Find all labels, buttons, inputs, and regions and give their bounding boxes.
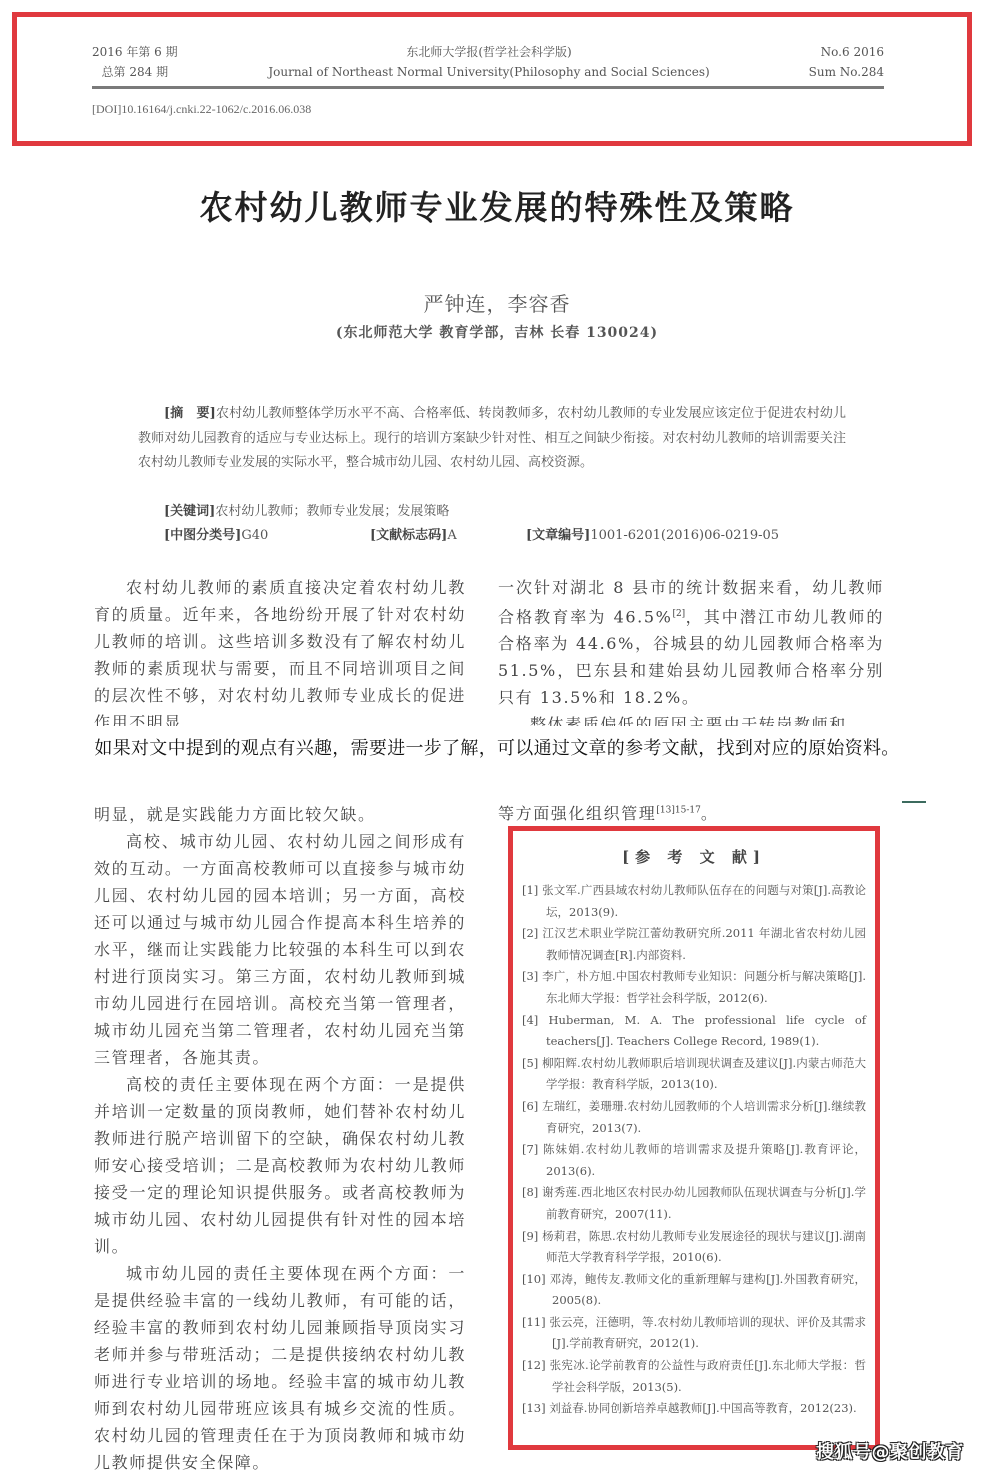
body-paragraph: 一次针对湖北 8 县市的统计数据来看，幼儿教师合格教育率为 46.5%[2]，其… — [498, 574, 884, 711]
clc-label: [中图分类号] — [164, 528, 241, 543]
journal-issue-en: No.6 2016 Sum No.284 — [790, 42, 884, 82]
decorative-dash — [902, 801, 926, 803]
reference-item: [11] 张云亮，汪德明，等.农村幼儿教师培训的现状、评价及其需求[J].学前教… — [522, 1312, 866, 1355]
body-left-column-top: 农村幼儿教师的素质直接决定着农村幼儿教育的质量。近年来，各地纷纷开展了针对农村幼… — [94, 574, 466, 726]
article-no-item: [文章编号]1001-6201(2016)06-0219-05 — [526, 524, 779, 543]
clc-value: G40 — [241, 528, 268, 543]
reference-item: [1] 张文军.广西县域农村幼儿教师队伍存在的问题与对策[J].高教论坛，201… — [522, 880, 866, 923]
total-issue-en: Sum No.284 — [790, 62, 884, 82]
clc-item: [中图分类号]G40 — [164, 524, 268, 543]
journal-name-en: Journal of Northeast Normal University(P… — [250, 62, 728, 82]
journal-issue-cn: 2016 年第 6 期 总第 284 期 — [92, 42, 178, 82]
reference-item: [12] 张宪冰.论学前教育的公益性与政府责任[J].东北师大学报：哲学社会科学… — [522, 1355, 866, 1398]
doc-code-label: [文献标志码] — [370, 528, 447, 543]
body-left-column-bottom: 明显，就是实践能力方面比较欠缺。 高校、城市幼儿园、农村幼儿园之间形成有效的互动… — [94, 801, 466, 1473]
citation: [2] — [672, 609, 685, 619]
keywords-line: [关键词]农村幼儿教师；教师专业发展；发展策略 — [164, 500, 449, 519]
abstract: [摘 要]农村幼儿教师整体学历水平不高、合格率低、转岗教师多，农村幼儿教师的专业… — [138, 402, 846, 476]
reference-item: [5] 柳阳辉.农村幼儿教师职后培训现状调查及建议[J].内蒙古师范大学学报：教… — [522, 1053, 866, 1096]
reference-item: [3] 李广，朴方旭.中国农村教师专业知识：问题分析与解决策略[J].东北师大学… — [522, 966, 866, 1009]
reference-item: [7] 陈妹娟.农村幼儿教师的培训需求及提升策略[J].教育评论，2013(6)… — [522, 1139, 866, 1182]
body-paragraph: 高校的责任主要体现在两个方面：一是提供并培训一定数量的顶岗教师，她们替补农村幼儿… — [94, 1071, 466, 1260]
body-paragraph: 城市幼儿园的责任主要体现在两个方面：一是提供经验丰富的一线幼儿教师，有可能的话，… — [94, 1260, 466, 1473]
header-rule — [92, 86, 884, 89]
body-right-line: 等方面强化组织管理[13]15-17。 — [498, 801, 718, 824]
abstract-text: 农村幼儿教师整体学历水平不高、合格率低、转岗教师多，农村幼儿教师的专业发展应该定… — [138, 406, 846, 470]
article-authors: 严钟连，李容香 — [0, 288, 994, 317]
keywords-label: [关键词] — [164, 504, 215, 519]
journal-name: 东北师大学报(哲学社会科学版) Journal of Northeast Nor… — [250, 42, 728, 82]
issue-en: No.6 2016 — [790, 42, 884, 62]
body-right-column-top: 一次针对湖北 8 县市的统计数据来看，幼儿教师合格教育率为 46.5%[2]，其… — [498, 574, 884, 726]
article-no-value: 1001-6201(2016)06-0219-05 — [590, 528, 779, 543]
citation: [13]15-17 — [656, 806, 700, 816]
reference-item: [2] 江汉艺术职业学院江蕾幼教研究所.2011 年湖北省农村幼儿园教师情况调查… — [522, 923, 866, 966]
reference-item: [8] 谢秀莲.西北地区农村民办幼儿园教师队伍现状调查与分析[J].学前教育研究… — [522, 1182, 866, 1225]
keywords: 农村幼儿教师；教师专业发展；发展策略 — [215, 504, 449, 519]
references-title: [参 考 文 献] — [508, 846, 880, 867]
reference-item: [4] Huberman, M. A. The professional lif… — [522, 1010, 866, 1053]
journal-name-cn: 东北师大学报(哲学社会科学版) — [250, 42, 728, 62]
body-paragraph: 高校、城市幼儿园、农村幼儿园之间形成有效的互动。一方面高校教师可以直接参与城市幼… — [94, 828, 466, 1071]
reference-item: [6] 左瑞红，姜珊珊.农村幼儿园教师的个人培训需求分析[J].继续教育研究，2… — [522, 1096, 866, 1139]
doi: [DOI]10.16164/j.cnki.22-1062/c.2016.06.0… — [92, 102, 311, 117]
watermark: 搜狐号@聚创教育 — [816, 1438, 964, 1464]
article-affiliation: (东北师范大学 教育学部，吉林 长春 130024) — [0, 322, 994, 342]
issue-cn: 2016 年第 6 期 — [92, 42, 178, 62]
article-title: 农村幼儿教师专业发展的特殊性及策略 — [0, 182, 994, 229]
doc-code-item: [文献标志码]A — [370, 524, 457, 543]
body-paragraph: 农村幼儿教师的素质直接决定着农村幼儿教育的质量。近年来，各地纷纷开展了针对农村幼… — [94, 574, 466, 726]
article-no-label: [文章编号] — [526, 528, 590, 543]
reference-item: [10] 邓涛，鲍传友.教师文化的重新理解与建构[J].外国教育研究，2005(… — [522, 1269, 866, 1312]
total-issue-cn: 总第 284 期 — [92, 62, 178, 82]
reference-item: [9] 杨莉君，陈思.农村幼儿教师专业发展途径的现状与建议[J].湖南师范大学教… — [522, 1226, 866, 1269]
caption-text: 如果对文中提到的观点有兴趣，需要进一步了解，可以通过文章的参考文献，找到对应的原… — [0, 734, 994, 760]
body-paragraph: 整体素质偏低的原因主要由于转岗教师和 — [498, 711, 884, 726]
abstract-label: [摘 要] — [164, 406, 216, 421]
doc-code-value: A — [447, 528, 456, 543]
reference-item: [13] 刘益春.协同创新培养卓越教师[J].中国高等教育，2012(23). — [522, 1398, 866, 1420]
body-paragraph: 明显，就是实践能力方面比较欠缺。 — [94, 801, 466, 828]
references-list: [1] 张文军.广西县域农村幼儿教师队伍存在的问题与对策[J].高教论坛，201… — [522, 880, 866, 1420]
